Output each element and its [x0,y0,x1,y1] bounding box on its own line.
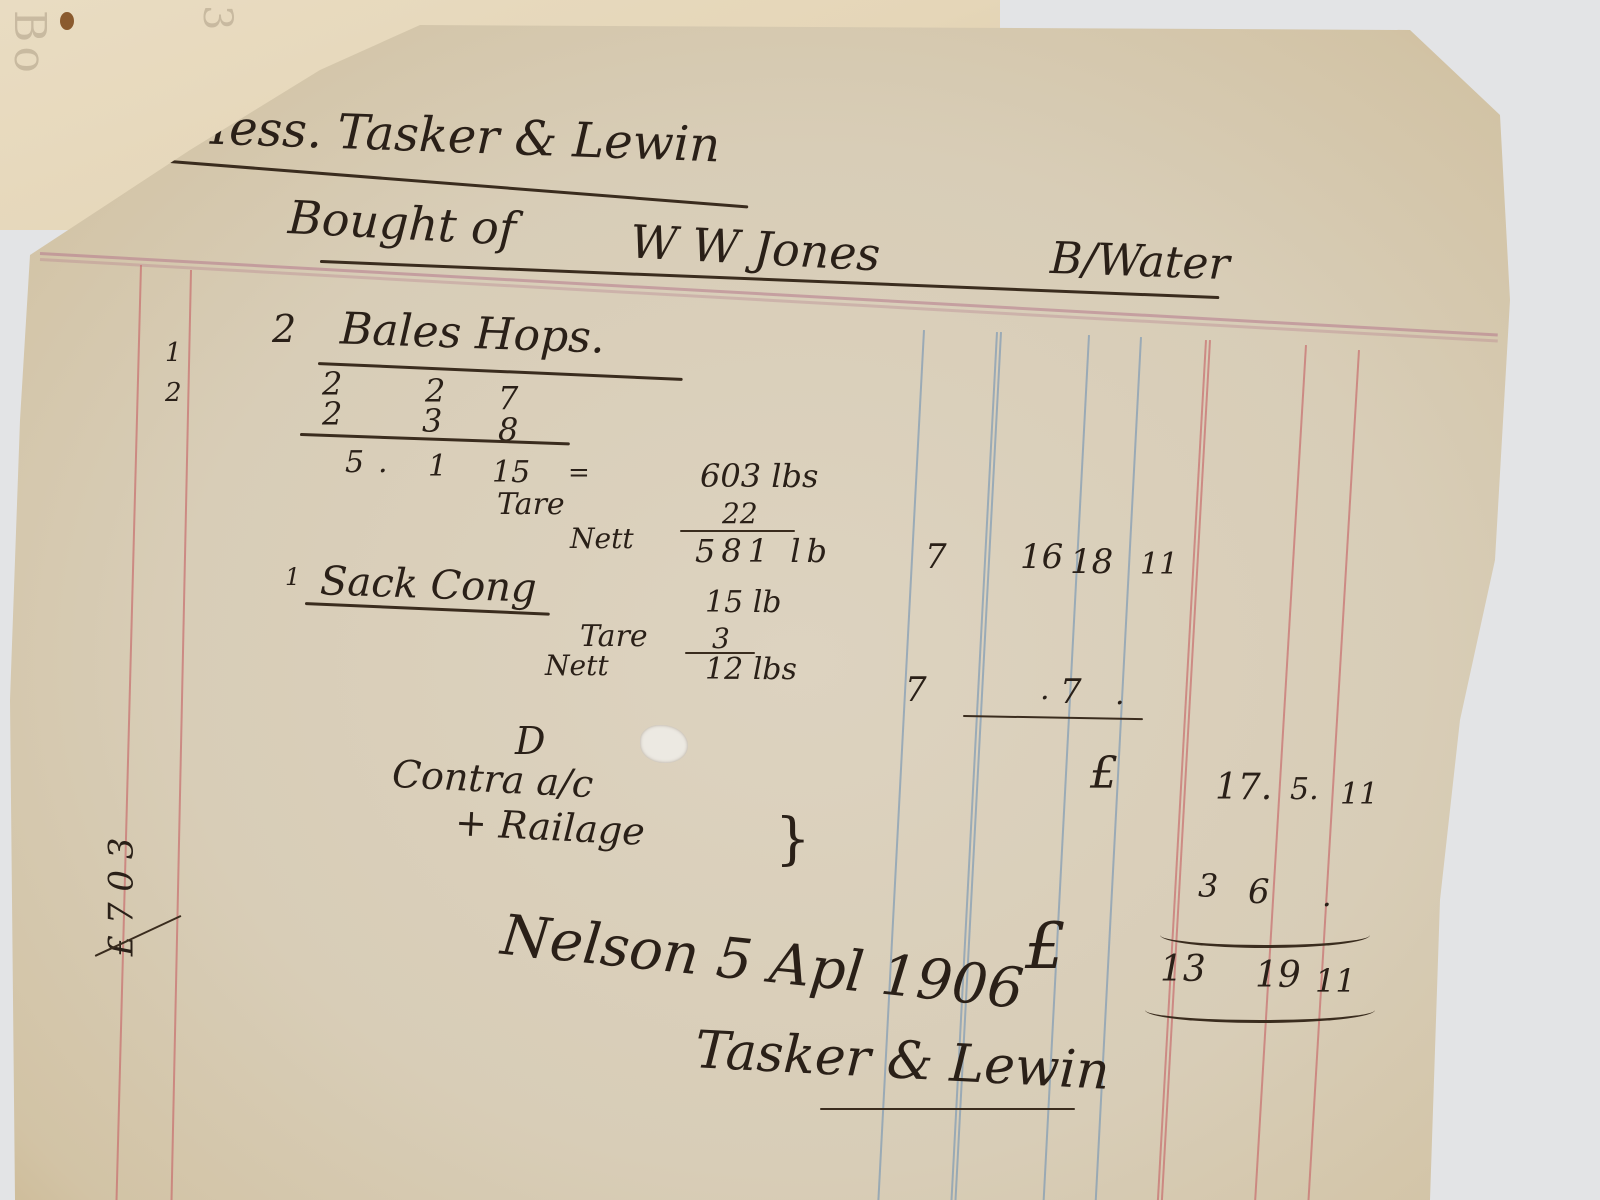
margin-rule-2 [170,270,192,1200]
subtotal-pence: 11 [1340,780,1378,810]
item-1-nett-label: Nett [570,525,634,553]
item-2-nett-label: Nett [545,652,609,680]
item-2-nett: 12 lbs [705,655,797,685]
item-2-description: Sack Cong [319,561,537,609]
invoice-paper: Mess. Tasker & Lewin Bought of W W Jones… [0,0,1600,1200]
item-1-nett: 581 lb [695,535,833,567]
deduction-pence: 6 [1248,875,1270,909]
total-pound-symbol: £ [1025,915,1066,979]
item-1-gross: 603 lbs [700,460,818,492]
item-1-tare-label: Tare [497,490,565,520]
weight-total-sep: . [378,448,388,478]
total-rule-bottom [1145,1010,1375,1023]
item-2-amount-shillings: . [1040,675,1050,705]
margin-number-1: 1 [165,340,182,366]
item-2-amount-extra: . [1115,680,1125,710]
deduction-line-1: Contra a/c [391,755,594,803]
signature-underline [820,1108,1075,1110]
total-rule-top [1160,935,1370,948]
item-1-qty: 2 [272,310,296,348]
item-1-amount-shillings: 16 [1020,540,1063,574]
item-2-amount-pence: 7 [1060,675,1082,709]
signature: Tasker & Lewin [694,1024,1111,1098]
weight-total-equals: = [568,460,590,486]
weight-total-cwt: 5 [345,448,364,478]
deduction-brace: } [775,812,811,868]
seller-location: B/Water [1049,237,1230,287]
deduction-shillings: 3 [1198,870,1218,902]
column-rule-red [1157,340,1207,1200]
item-1-amount-pounds: 7 [925,540,947,574]
item-2-amount-pounds: 7 [905,673,927,707]
faint-print-number: 3 [194,5,240,34]
deduction-prefix: D [515,722,545,760]
ink-stain [60,12,74,30]
subtotal-pounds: 17. [1215,770,1272,806]
item-1-amount-pence: 18 [1070,545,1113,579]
total-pence: 11 [1315,965,1356,997]
weight-row-1-c: 7 [498,382,518,414]
paper-hole [640,725,688,763]
weight-total-lb: 15 [492,458,530,488]
subtotal-rule [963,715,1143,720]
weight-total-qr: 1 [428,452,447,482]
column-rule-red [1161,340,1211,1200]
deduction-extra: . [1322,882,1332,912]
bought-of-label: Bought of [287,194,517,252]
item-1-tare: 22 [722,500,758,528]
item-2-qty: 1 [285,565,300,589]
weight-row-2-a: 2 [322,398,342,430]
subtotal-shillings: 5. [1290,775,1319,805]
item-2-tare-label: Tare [580,622,648,652]
item-2-tare: 3 [712,625,730,653]
total-shillings: 19 [1255,958,1301,994]
deduction-line-2: + Railage [454,803,646,851]
item-2-gross: 15 lb [705,588,782,618]
margin-number-2: 2 [165,380,182,406]
faint-print-text: Bo [4,10,55,77]
total-pounds: 13 [1160,952,1206,988]
item-1-description: Bales Hops. [339,307,605,360]
place-and-date: Nelson 5 Apl 1906 [499,908,1026,1019]
addressee: Mess. Tasker & Lewin [179,103,721,170]
seller-name: W W Jones [629,218,881,277]
margin-rule [115,265,142,1200]
item-1-amount-extra: 11 [1140,550,1178,580]
subtotal-pound-symbol: £ [1090,752,1118,796]
weight-row-2-b: 3 [422,405,442,437]
